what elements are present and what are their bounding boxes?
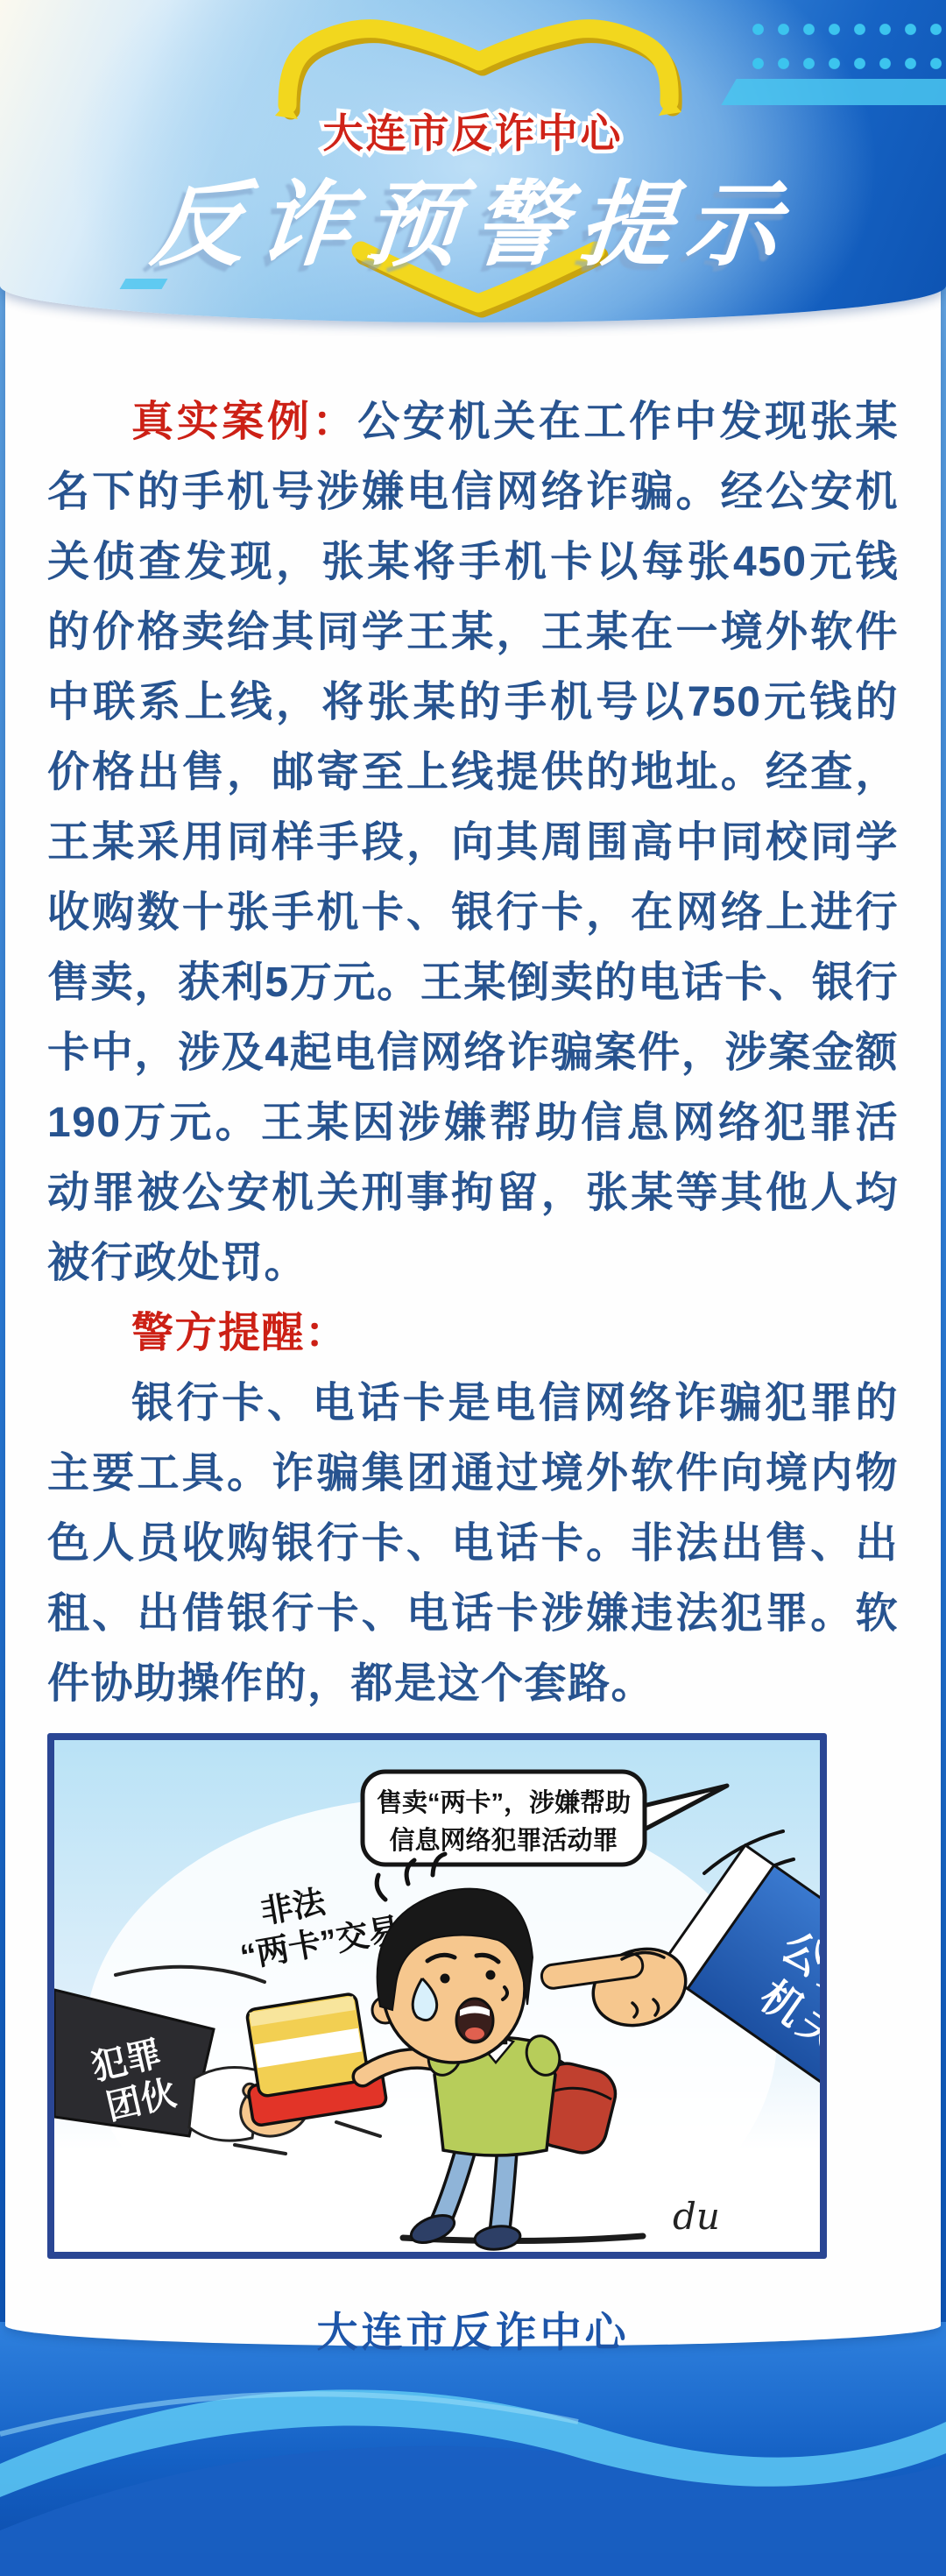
page-title: 反诈预警提示	[0, 151, 946, 284]
cartoon-illustration: du 售卖“两卡”，涉嫌帮助 信息网络犯罪活动罪 非法 “两卡”交易	[47, 1733, 827, 2259]
dot-grid-decoration	[745, 12, 946, 81]
content-card: 真实案例：公安机关在工作中发现张某名下的手机号涉嫌电信网络诈骗。经公安机关侦查发…	[5, 289, 941, 2346]
reminder-paragraph: 银行卡、电话卡是电信网络诈骗犯罪的主要工具。诈骗集团通过境外软件向境内物色人员收…	[47, 1369, 899, 1719]
reminder-text: 银行卡、电话卡是电信网络诈骗犯罪的主要工具。诈骗集团通过境外软件向境内物色人员收…	[47, 1380, 899, 1707]
reminder-heading: 警方提醒：	[47, 1299, 899, 1369]
boy-tongue	[465, 2028, 484, 2040]
speech-bubble-line1: 售卖“两卡”，涉嫌帮助	[377, 1787, 631, 1817]
boy-right-eye	[486, 1971, 496, 1980]
footer-org-name: 大连市反诈中心	[47, 2300, 899, 2359]
case-label: 真实案例：	[131, 399, 357, 445]
header-banner: 大连市反诈中心 反诈预警提示	[0, 0, 946, 322]
reminder-label: 警方提醒：	[131, 1310, 349, 1356]
boy-right-leg	[500, 2148, 507, 2227]
content-card-inner: 真实案例：公安机关在工作中发现张某名下的手机号涉嫌电信网络诈骗。经公安机关侦查发…	[5, 289, 941, 2359]
poster-page: 真实案例：公安机关在工作中发现张某名下的手机号涉嫌电信网络诈骗。经公安机关侦查发…	[0, 0, 946, 2576]
case-paragraph: 真实案例：公安机关在工作中发现张某名下的手机号涉嫌电信网络诈骗。经公安机关侦查发…	[47, 387, 899, 1299]
speech-bubble-line2: 信息网络犯罪活动罪	[389, 1825, 618, 1855]
case-text: 公安机关在工作中发现张某名下的手机号涉嫌电信网络诈骗。经公安机关侦查发现，张某将…	[47, 399, 899, 1286]
boy-left-eye	[441, 1974, 450, 1984]
shield-top-outline	[287, 29, 669, 105]
artist-signature: du	[673, 2195, 720, 2238]
footer-waves-graphic	[0, 2322, 946, 2576]
